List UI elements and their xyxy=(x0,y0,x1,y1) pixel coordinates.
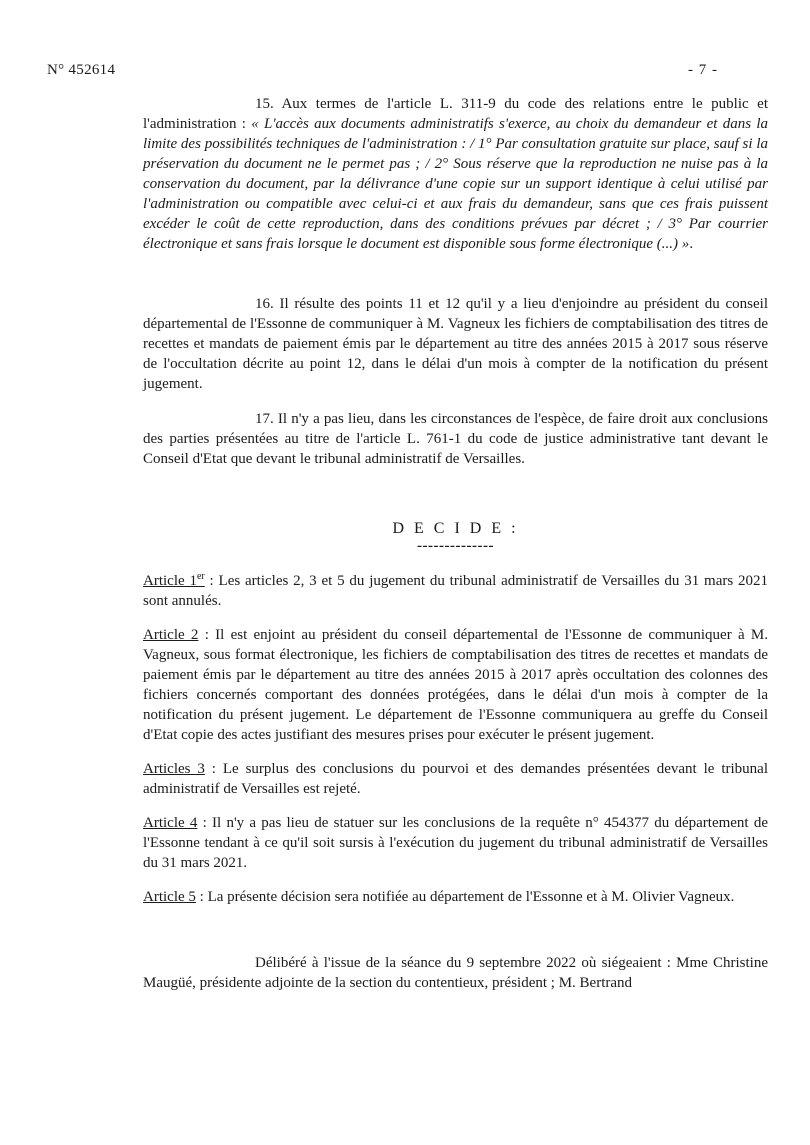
paragraph-15: 15. Aux termes de l'article L. 311-9 du … xyxy=(143,94,768,254)
decide-dashed-rule: -------------- xyxy=(143,539,768,553)
article-2-label-text: Article 2 xyxy=(143,627,198,643)
paragraph-16: 16. Il résulte des points 11 et 12 qu'il… xyxy=(143,294,768,394)
article-2-body: : Il est enjoint au président du conseil… xyxy=(143,627,768,743)
article-5-label: Article 5 xyxy=(143,889,196,905)
article-1: Article 1er : Les articles 2, 3 et 5 du … xyxy=(143,571,768,611)
article-1-label-text: Article 1 xyxy=(143,573,197,589)
paragraph-17: 17. Il n'y a pas lieu, dans les circonst… xyxy=(143,409,768,469)
article-3: Articles 3 : Le surplus des conclusions … xyxy=(143,759,768,799)
article-1-body: : Les articles 2, 3 et 5 du jugement du … xyxy=(143,573,768,609)
page-header: N° 452614 - 7 - xyxy=(47,60,718,80)
deliberation-paragraph: Délibéré à l'issue de la séance du 9 sep… xyxy=(143,953,768,993)
article-3-label-text: Articles 3 xyxy=(143,761,205,777)
paragraph-15-quote: « L'accès aux documents administratifs s… xyxy=(143,116,768,252)
article-1-label: Article 1er xyxy=(143,573,205,589)
article-5-body: : La présente décision sera notifiée au … xyxy=(196,889,735,905)
paragraph-15-outro: . xyxy=(689,236,693,252)
article-3-label: Articles 3 xyxy=(143,761,205,777)
article-5: Article 5 : La présente décision sera no… xyxy=(143,887,768,907)
document-page: N° 452614 - 7 - 15. Aux termes de l'arti… xyxy=(0,0,810,1145)
article-5-label-text: Article 5 xyxy=(143,889,196,905)
article-1-label-sup: er xyxy=(197,571,205,582)
article-4-label-text: Article 4 xyxy=(143,815,197,831)
article-3-body: : Le surplus des conclusions du pourvoi … xyxy=(143,761,768,797)
case-number: N° 452614 xyxy=(47,60,115,80)
article-4-body: : Il n'y a pas lieu de statuer sur les c… xyxy=(143,815,768,871)
article-4-label: Article 4 xyxy=(143,815,197,831)
decide-heading-block: D E C I D E : -------------- xyxy=(143,519,768,553)
article-2-label: Article 2 xyxy=(143,627,198,643)
article-2: Article 2 : Il est enjoint au président … xyxy=(143,625,768,745)
decide-heading: D E C I D E : xyxy=(143,519,768,539)
article-4: Article 4 : Il n'y a pas lieu de statuer… xyxy=(143,813,768,873)
page-number: - 7 - xyxy=(688,60,718,80)
document-body: 15. Aux termes de l'article L. 311-9 du … xyxy=(143,94,768,993)
